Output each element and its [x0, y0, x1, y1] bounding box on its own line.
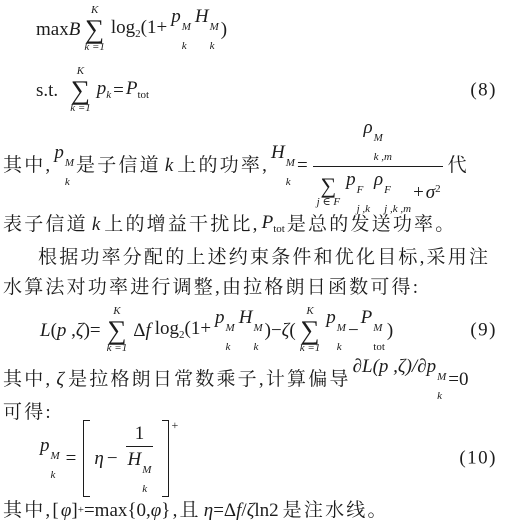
close-paren-equals: )=	[84, 320, 101, 341]
equals-sign: =	[66, 449, 77, 468]
definition-paragraph-line2: 表子信道 k 上的增益干扰比, Ptot 是总的发送功率。	[0, 208, 507, 240]
paper-page: maxB K ∑ k =1 log2(1+ pMk HMk ) s.t. K ∑…	[0, 0, 507, 528]
sum-operator: K ∑ k =1	[300, 306, 321, 355]
stacked-scripts: Mk	[253, 323, 262, 353]
p-term: pMk	[54, 143, 74, 188]
p-term: pMk	[326, 308, 346, 353]
numerator: ρMk ,m	[313, 116, 443, 167]
subscript: tot	[273, 223, 285, 235]
log-term: log2(1+	[155, 319, 211, 341]
var-B: B	[69, 20, 81, 39]
cjk-text: 可得:	[3, 403, 53, 422]
rho-term: ρMk ,m	[363, 118, 391, 163]
subscript: k	[337, 342, 346, 353]
sum-lower-limit: k =1	[107, 343, 128, 354]
equals-sign: =	[113, 81, 124, 100]
var-rho: ρ	[374, 169, 383, 190]
partial-expression: ∂L(p ,ζ)/∂p	[353, 356, 436, 377]
var-p: p	[326, 307, 336, 328]
cjk-text: 其中,	[3, 370, 52, 389]
P-tot-term: Ptot	[262, 213, 285, 235]
var-eta: η	[94, 449, 103, 468]
superscript: M	[226, 323, 235, 334]
cjk-text: 是总的发送功率。	[287, 215, 457, 234]
stacked-scripts: Mk	[210, 22, 219, 52]
subscript: k ,m	[374, 152, 392, 163]
cjk-text: 表子信道	[3, 215, 88, 234]
close-paren-minus: )−	[265, 321, 282, 340]
close-paren: )	[387, 321, 393, 340]
stacked-scripts: Mk	[437, 372, 446, 402]
cjk-text: 根据功率分配的上述约束条件和优化目标,采用注	[38, 248, 490, 267]
bracket-left	[83, 420, 90, 497]
superscript: M	[253, 323, 262, 334]
var-phi: φ	[151, 501, 162, 520]
var-p: p	[97, 78, 107, 99]
var-L: L	[40, 320, 51, 341]
sum-operator: K ∑ k =1	[107, 306, 128, 355]
var-eta: η	[204, 501, 213, 520]
subscript: k	[286, 177, 295, 188]
cjk-text: 上的增益干扰比,	[104, 215, 259, 234]
var-H: H	[239, 307, 253, 328]
sigma-sq-term: σ2	[426, 183, 441, 202]
var-zeta: ζ	[282, 321, 290, 340]
delta-f-term: Δf	[133, 321, 151, 340]
open-paren: (1+	[185, 318, 212, 339]
sum-lower-limit: k =1	[70, 103, 91, 114]
sigma-icon: ∑	[107, 318, 126, 343]
subscript: k	[51, 470, 60, 481]
var-H: H	[271, 142, 285, 163]
cjk-text: 上的功率,	[177, 156, 269, 175]
fraction: ρMk ,m ∑ j ∈ F pFj ,k ρFj ,k ,m + σ2	[313, 116, 443, 215]
subscript: k	[65, 177, 74, 188]
equation-number: (10)	[459, 449, 497, 468]
superscript: M	[182, 22, 191, 33]
sum-lower-limit: k =1	[300, 343, 321, 354]
superscript: M	[51, 451, 60, 462]
subscript: tot	[373, 342, 385, 353]
sum-operator: ∑ j ∈ F	[317, 176, 340, 208]
cjk-text: 是拉格朗日常数乘子,计算偏导	[68, 370, 351, 389]
stacked-scripts: Mk	[182, 22, 191, 52]
var-zeta: ζ	[76, 320, 84, 341]
superscript: M	[373, 323, 385, 334]
equals-zero: =0	[448, 370, 468, 389]
p-term: pMk	[215, 308, 235, 353]
superscript: M	[374, 133, 392, 144]
sum-operator: K ∑ k =1	[84, 5, 105, 54]
log-label: log	[111, 17, 135, 38]
var-k: k	[165, 156, 173, 175]
bracket-group: η − 1 HMk +	[83, 420, 178, 497]
equation-10-waterfilling: pMk = η − 1 HMk + (10)	[0, 424, 507, 492]
equals-sign: =	[297, 156, 308, 175]
superscript: M	[65, 158, 74, 169]
stacked-scripts: Mk	[51, 451, 60, 481]
superscript: M	[337, 323, 346, 334]
p-term: pMk	[40, 436, 60, 481]
subscript: k	[106, 89, 111, 101]
H-term: HMk	[271, 143, 295, 188]
var-zeta: ζ	[56, 370, 64, 389]
H-term: HMk	[128, 450, 152, 495]
partial-derivative-term: ∂L(p ,ζ)/∂pMk	[353, 357, 447, 402]
L-term: L(p ,ζ)=	[40, 321, 101, 340]
var-phi: φ	[61, 501, 72, 520]
denominator: HMk	[126, 447, 154, 495]
var-P: P	[262, 212, 274, 233]
comma: ,	[66, 320, 76, 341]
var-H: H	[128, 449, 142, 470]
sigma-icon: ∑	[71, 78, 90, 103]
var-zeta: ζ	[247, 501, 255, 520]
subscript: k	[182, 41, 191, 52]
log-term: log2(1+	[111, 18, 167, 40]
method-paragraph-line1: 根据功率分配的上述约束条件和优化目标,采用注	[0, 242, 507, 272]
plus-sign: +	[413, 183, 424, 202]
var-p: p	[171, 6, 181, 27]
var-k: k	[92, 215, 100, 234]
sum-operator: K ∑ k =1	[70, 66, 91, 115]
equals-delta: =Δ	[213, 501, 236, 520]
var-f: f	[145, 320, 150, 341]
cjk-text: 其中,[	[3, 501, 61, 520]
sum-lower-limit: k =1	[84, 42, 105, 53]
stacked-scripts: Mtot	[373, 323, 385, 353]
subscript: tot	[137, 89, 149, 101]
lagrange-paragraph-line1: 其中, ζ 是拉格朗日常数乘子,计算偏导 ∂L(p ,ζ)/∂pMk =0	[0, 362, 507, 396]
p-term: pk	[97, 79, 111, 101]
stacked-scripts: Mk	[65, 158, 74, 188]
var-p: p	[57, 320, 67, 341]
superscript: M	[437, 372, 446, 383]
var-p: p	[40, 435, 50, 456]
bracket-content: η − 1 HMk	[90, 420, 162, 497]
cjk-text: 代	[448, 156, 469, 175]
p-term: pMk	[171, 7, 191, 52]
superscript: F	[384, 185, 411, 196]
operator-max: max	[36, 20, 69, 39]
st-label: s.t.	[36, 81, 58, 100]
P-tot-term: PMtot	[361, 308, 385, 353]
cjk-text: 是注水线。	[283, 501, 389, 520]
equation-9-lagrangian: L(p ,ζ)= K ∑ k =1 Δf log2(1+ pMk HMk )− …	[0, 300, 507, 360]
sigma-icon: ∑	[321, 176, 337, 196]
equation-8-constraint: s.t. K ∑ k =1 pk = Ptot (8)	[0, 58, 507, 122]
P-tot-term: Ptot	[126, 79, 149, 101]
stacked-scripts: Mk	[226, 323, 235, 353]
equation-8-objective: maxB K ∑ k =1 log2(1+ pMk HMk )	[0, 0, 507, 58]
numeral-one: 1	[135, 424, 145, 443]
var-p: p	[54, 142, 64, 163]
var-rho: ρ	[363, 117, 372, 138]
stacked-scripts: Mk	[337, 323, 346, 353]
sigma-icon: ∑	[300, 318, 319, 343]
subscript: k	[226, 342, 235, 353]
stacked-scripts: Mk ,m	[374, 133, 392, 163]
delta-symbol: Δ	[133, 320, 145, 341]
stacked-scripts: Mk	[142, 465, 151, 495]
cjk-text: 其中,	[3, 156, 52, 175]
log-label: log	[155, 318, 179, 339]
superscript: M	[286, 158, 295, 169]
H-term: HMk	[239, 308, 263, 353]
minus-sign: −	[348, 321, 359, 340]
var-H: H	[195, 6, 209, 27]
var-p: p	[215, 307, 225, 328]
cjk-text: 是子信道	[76, 156, 161, 175]
ln2-label: ln2	[254, 501, 278, 520]
var-sigma: σ	[426, 182, 435, 203]
open-paren: (1+	[141, 17, 168, 38]
close-paren: )	[221, 20, 227, 39]
superscript: 2	[435, 183, 441, 195]
bracket-right	[162, 420, 169, 497]
H-term: HMk	[195, 7, 219, 52]
sum-lower-limit: j ∈ F	[317, 197, 340, 208]
stacked-scripts: Mk	[286, 158, 295, 188]
var-p: p	[346, 169, 356, 190]
superscript: F	[357, 185, 370, 196]
equation-number: (8)	[470, 81, 497, 100]
sigma-icon: ∑	[85, 17, 104, 42]
fraction: 1 HMk	[126, 422, 154, 495]
minus-sign: −	[107, 449, 118, 468]
max-expression: =max{0,	[84, 501, 151, 520]
var-P: P	[361, 307, 373, 328]
definition-paragraph-line1: 其中, pMk 是子信道 k 上的功率, HMk = ρMk ,m ∑ j ∈ …	[0, 122, 507, 208]
subscript: k	[142, 484, 151, 495]
cjk-text: },且	[161, 501, 200, 520]
subscript: k	[253, 342, 262, 353]
waterline-paragraph: 其中,[ φ ]+ =max{0, φ },且 η =Δ f / ζ ln2 是…	[0, 494, 507, 526]
open-paren: (	[289, 321, 295, 340]
lagrange-paragraph-line2: 可得:	[0, 398, 507, 426]
plus-superscript: +	[171, 419, 178, 431]
superscript: M	[210, 22, 219, 33]
numerator: 1	[126, 422, 154, 447]
method-paragraph-line2: 水算法对功率进行调整,由拉格朗日函数可得:	[0, 272, 507, 302]
cjk-text: 水算法对功率进行调整,由拉格朗日函数可得:	[3, 278, 420, 297]
equation-number: (9)	[470, 321, 497, 340]
var-P: P	[126, 78, 138, 99]
superscript: M	[142, 465, 151, 476]
subscript: k	[210, 41, 219, 52]
